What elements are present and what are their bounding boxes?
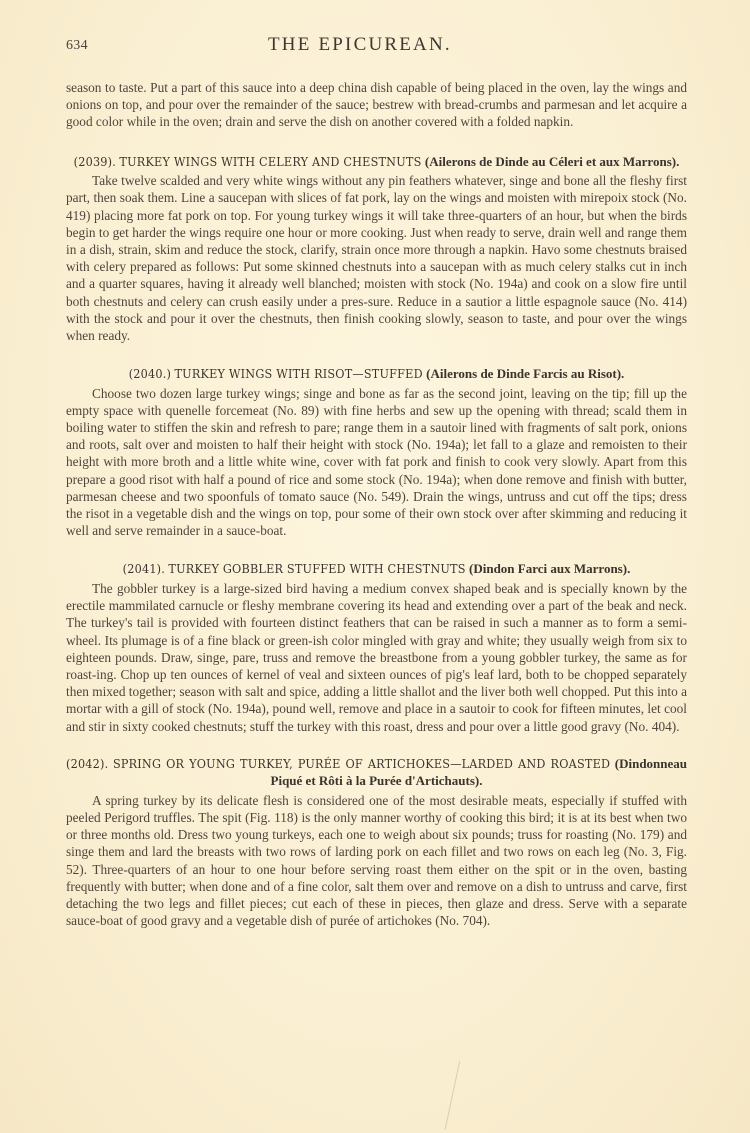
recipe-text: Choose two dozen large turkey wings; sin…	[66, 385, 687, 540]
recipe-2041: (2041). TURKEY GOBBLER STUFFED WITH CHES…	[66, 560, 687, 734]
recipe-text: A spring turkey by its delicate flesh is…	[66, 792, 687, 930]
recipe-2040: (2040.) TURKEY WINGS WITH RISOT—STUFFED …	[66, 365, 687, 539]
recipe-heading: (2040.) TURKEY WINGS WITH RISOT—STUFFED …	[66, 365, 687, 383]
recipe-2039: (2039). TURKEY WINGS WITH CELERY AND CHE…	[66, 153, 687, 345]
recipe-title-french: (Dindon Farci aux Marrons).	[469, 561, 630, 576]
book-title: THE EPICUREAN.	[268, 34, 452, 56]
recipe-heading: (2039). TURKEY WINGS WITH CELERY AND CHE…	[66, 153, 687, 171]
page-body: season to taste. Put a part of this sauc…	[66, 79, 687, 929]
recipe-title-english: SPRING OR YOUNG TURKEY, PURÉE OF ARTICHO…	[113, 756, 610, 771]
recipe-title-english: TURKEY GOBBLER STUFFED WITH CHESTNUTS	[168, 561, 465, 576]
recipe-number: (2039).	[74, 154, 116, 169]
recipe-heading: (2041). TURKEY GOBBLER STUFFED WITH CHES…	[66, 560, 687, 578]
recipe-text: The gobbler turkey is a large-sized bird…	[66, 580, 687, 735]
recipe-number: (2041).	[123, 561, 165, 576]
recipe-title-english: TURKEY WINGS WITH CELERY AND CHESTNUTS	[119, 154, 421, 169]
running-head: 634 THE EPICUREAN.	[66, 34, 687, 58]
recipe-number: (2042).	[66, 756, 108, 771]
recipe-text: Take twelve scalded and very white wings…	[66, 172, 687, 344]
recipe-title-english: TURKEY WINGS WITH RISOT—STUFFED	[174, 366, 422, 381]
recipe-2042: (2042). SPRING OR YOUNG TURKEY, PURÉE OF…	[66, 755, 687, 930]
recipe-title-french: (Ailerons de Dinde Farcis au Risot).	[426, 366, 624, 381]
continuation-paragraph: season to taste. Put a part of this sauc…	[66, 79, 687, 131]
recipe-title-french: (Ailerons de Dinde au Céleri et aux Marr…	[425, 154, 679, 169]
page-number: 634	[66, 38, 88, 54]
recipe-number: (2040.)	[129, 366, 171, 381]
paper-crease	[445, 1061, 461, 1130]
recipe-heading: (2042). SPRING OR YOUNG TURKEY, PURÉE OF…	[66, 755, 687, 790]
